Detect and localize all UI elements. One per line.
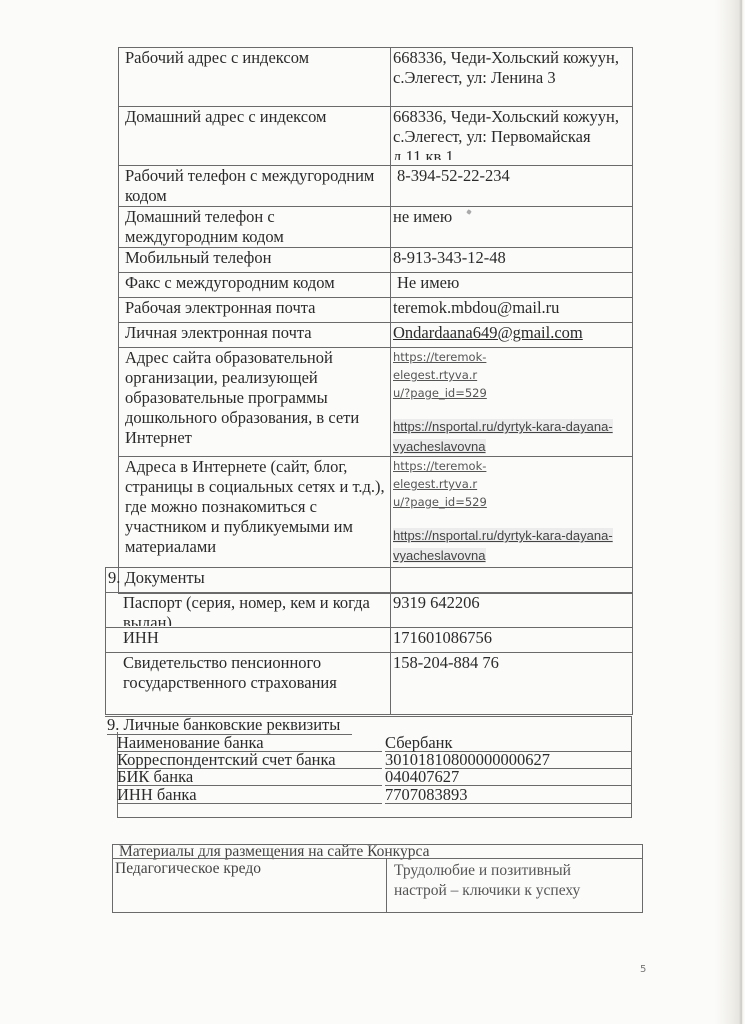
row-value: 171601086756 bbox=[391, 628, 633, 653]
contacts-table: Рабочий адрес с индексом 668336, Чеди-Хо… bbox=[118, 47, 633, 594]
row-value: Ondardaana649@gmail.com bbox=[391, 323, 633, 348]
row-label: Свидетельство пенсионного государственно… bbox=[106, 653, 391, 715]
row-label: Мобильный телефон bbox=[119, 248, 391, 273]
row-value: https://teremok-elegest.rtyva.ru/?page_i… bbox=[391, 348, 633, 457]
row-value: teremok.mbdou@mail.ru bbox=[391, 298, 633, 323]
table-row: Рабочий адрес с индексом 668336, Чеди-Хо… bbox=[119, 48, 633, 107]
row-value: 668336, Чеди-Хольский кожуун, с.Элегест,… bbox=[391, 48, 633, 107]
table-row: ИНН 171601086756 bbox=[106, 628, 633, 653]
table-row: Домашний адрес с индексом 668336, Чеди-Х… bbox=[119, 107, 633, 166]
page-number: 5 bbox=[640, 964, 646, 975]
table-row: Адрес сайта образовательной организации,… bbox=[119, 348, 633, 457]
row-label: Домашний телефон с междугородним кодом bbox=[119, 207, 391, 248]
section-header-row: 9. Документы bbox=[106, 568, 633, 593]
table-row: Свидетельство пенсионного государственно… bbox=[106, 653, 633, 715]
row-label: Адрес сайта образовательной организации,… bbox=[119, 348, 391, 457]
row-label: Личная электронная почта bbox=[119, 323, 391, 348]
table-row: Личная электронная почта Ondardaana649@g… bbox=[119, 323, 633, 348]
row-value: Не имею bbox=[391, 273, 633, 298]
page-edge-shadow bbox=[715, 0, 745, 1024]
pedagogical-credo-value: Трудолюбие и позитивный настрой – ключик… bbox=[394, 861, 580, 901]
org-site-link[interactable]: https://teremok-elegest.rtyva.ru/?page_i… bbox=[393, 457, 489, 511]
bank-row: Наименование банка Сбербанк bbox=[117, 734, 632, 751]
row-label: Рабочий адрес с индексом bbox=[119, 48, 391, 107]
materials-table: Материалы для размещения на сайте Конкур… bbox=[112, 844, 643, 913]
divider bbox=[113, 858, 642, 859]
table-row: Мобильный телефон 8-913-343-12-48 bbox=[119, 248, 633, 273]
bank-row-value: 040407627 bbox=[385, 768, 632, 786]
row-label: Рабочая электронная почта bbox=[119, 298, 391, 323]
org-site-link[interactable]: https://teremok-elegest.rtyva.ru/?page_i… bbox=[393, 348, 489, 402]
row-value: не имею bbox=[391, 207, 633, 248]
row-label: Паспорт (серия, номер, кем и когда выдан… bbox=[106, 593, 391, 628]
row-label: Рабочий телефон с междугородним кодом bbox=[119, 166, 391, 207]
row-label: Домашний адрес с индексом bbox=[119, 107, 391, 166]
divider bbox=[386, 858, 387, 912]
bank-row-label: ИНН банка bbox=[117, 786, 382, 804]
table-row: Паспорт (серия, номер, кем и когда выдан… bbox=[106, 593, 633, 628]
row-value: 8-394-52-22-234 bbox=[391, 166, 633, 207]
row-label: ИНН bbox=[106, 628, 391, 653]
pedagogical-credo-label: Педагогическое кредо bbox=[115, 860, 261, 878]
nsportal-link[interactable]: https://nsportal.ru/dyrtyk-kara-dayana-v… bbox=[393, 528, 613, 563]
row-value: 158-204-884 76 bbox=[391, 653, 633, 715]
bank-row-value: 7707083893 bbox=[385, 786, 632, 804]
row-value: 8-913-343-12-48 bbox=[391, 248, 633, 273]
divider bbox=[117, 817, 632, 818]
bank-row: Корреспондентский счет банка 30101810800… bbox=[117, 751, 632, 768]
bank-row: БИК банка 040407627 bbox=[117, 768, 632, 785]
nsportal-link[interactable]: https://nsportal.ru/dyrtyk-kara-dayana-v… bbox=[393, 419, 613, 454]
bank-row: ИНН банка 7707083893 bbox=[117, 786, 632, 803]
personal-email-link[interactable]: Ondardaana649@gmail.com bbox=[393, 323, 583, 342]
bank-row-label: БИК банка bbox=[117, 768, 382, 786]
documents-section-title: 9. Документы bbox=[106, 568, 633, 593]
row-value: 668336, Чеди-Хольский кожуун, с.Элегест,… bbox=[391, 107, 633, 166]
row-value: 9319 642206 bbox=[391, 593, 633, 628]
table-row: Домашний телефон с междугородним кодом н… bbox=[119, 207, 633, 248]
table-row: Рабочая электронная почта teremok.mbdou@… bbox=[119, 298, 633, 323]
documents-table: 9. Документы Паспорт (серия, номер, кем … bbox=[105, 567, 633, 715]
row-label: Факс с междугородним кодом bbox=[119, 273, 391, 298]
table-row: Факс с междугородним кодом Не имею bbox=[119, 273, 633, 298]
table-row: Рабочий телефон с междугородним кодом 8-… bbox=[119, 166, 633, 207]
